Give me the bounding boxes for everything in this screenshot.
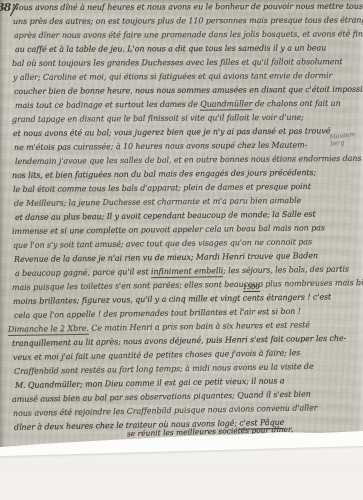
- handwriting-segment: de chalons ont fait un: [252, 99, 340, 109]
- handwriting-segment: ; les séjours, les bals, des partis: [223, 265, 349, 276]
- handwriting-segment: uns près des autres; on est toujours plu…: [13, 16, 363, 26]
- handwriting-lines: Nous avons dîné à neuf heures et nous av…: [0, 0, 363, 452]
- handwriting-line: moins brillantes; figurez vous, qu'il y …: [13, 292, 331, 306]
- handwriting-line: bal où sont toujours les grandes Duchess…: [12, 57, 343, 68]
- handwriting-segment: y aller; Caroline et moi, qui étions si …: [13, 71, 332, 82]
- handwriting-line: Dimanche le 2 Xbre. Ce matin Henri a pri…: [8, 320, 310, 334]
- handwriting-segment: Craffenbild sont restés au fort long tem…: [14, 362, 314, 376]
- handwriting-segment: que l'on s'y soit tant amusé; avec tout …: [13, 237, 312, 250]
- handwriting-line: mais puisque les toilettes s'en sont par…: [12, 278, 363, 292]
- underlined-word: infiniment embelli: [151, 266, 223, 277]
- handwriting-line: immense et si une complette on pouvoit a…: [12, 223, 325, 236]
- handwriting-segment: Ce matin Henri a pris son bain à six heu…: [89, 320, 310, 332]
- handwriting-line: a beaucoup gagné, parce qu'il est infini…: [15, 265, 349, 278]
- page-number: 38: [0, 1, 10, 14]
- handwriting-segment: bal où sont toujours les grandes Duchess…: [12, 57, 343, 68]
- handwriting-line: ne m'étois pas cuirassée; à 10 heures no…: [14, 140, 307, 152]
- handwriting-line: amusé aussi bien au bal par ses observat…: [12, 390, 311, 404]
- handwriting-segment: veux et moi j'ai fait une quantité de pe…: [13, 348, 300, 362]
- handwriting-segment: nous avons été rejoindre les Craffenbild…: [13, 403, 318, 418]
- handwriting-line: grand tapage en disant que le bal finiss…: [12, 113, 304, 124]
- handwriting-line: nos lits, et bien fatiguées non du bal m…: [12, 168, 316, 180]
- handwriting-segment: le bal étoit comme tous les bals d'appar…: [13, 182, 311, 194]
- handwriting-segment: cela que l'on appelle ! des promenades t…: [14, 307, 301, 320]
- handwriting-segment: mais tout ce badinage et surtout les dam…: [15, 100, 200, 110]
- handwriting-segment: et nous avons été au bal; vous jugerez b…: [13, 126, 330, 138]
- handwriting-line: le bal étoit comme tous les bals d'appar…: [13, 182, 311, 194]
- handwriting-line: que l'on s'y soit tant amusé; avec tout …: [13, 237, 312, 250]
- handwriting-line: mais tout ce badinage et surtout les dam…: [15, 99, 341, 110]
- handwriting-line: lendemain j'avoue que les salles de bal,…: [15, 154, 361, 166]
- handwriting-line: coucher bien de bonne heure, nous nous s…: [14, 85, 363, 96]
- handwriting-line: tranquillement au lit après; nous avons …: [12, 334, 346, 348]
- interlinear-insertion: 1500: [243, 283, 260, 292]
- handwriting-line: Nous avons dîné à neuf heures et nous av…: [12, 2, 363, 12]
- handwriting-segment: nos lits, et bien fatiguées non du bal m…: [12, 168, 316, 180]
- paper-sheet: Nous avons dîné à neuf heures et nous av…: [0, 0, 363, 452]
- handwriting-segment: tranquillement au lit après; nous avons …: [12, 334, 346, 348]
- handwriting-line: et danse au plus beau; Il y avoit cepend…: [15, 210, 316, 222]
- handwriting-line: cela que l'on appelle ! des promenades t…: [14, 307, 301, 320]
- handwriting-line: y aller; Caroline et moi, qui étions si …: [13, 71, 332, 82]
- handwriting-segment: de Meilleurs; la jeune Duchesse est char…: [14, 196, 301, 208]
- handwriting-segment: amusé aussi bien au bal par ses observat…: [12, 390, 311, 404]
- handwriting-segment: grand tapage en disant que le bal finiss…: [12, 113, 304, 124]
- handwriting-segment: lendemain j'avoue que les salles de bal,…: [15, 154, 361, 166]
- handwriting-segment: immense et si une complette on pouvoit a…: [12, 223, 325, 236]
- handwriting-line: de Meilleurs; la jeune Duchesse est char…: [14, 196, 301, 208]
- handwriting-line: veux et moi j'ai fait une quantité de pe…: [13, 348, 300, 362]
- handwriting-line: Revenue de la danse je n'ai rien vu de m…: [14, 251, 318, 264]
- underlined-word: Dimanche le 2 Xbre.: [8, 324, 89, 336]
- handwriting-segment: mais puisque les toilettes s'en sont par…: [12, 278, 363, 292]
- handwriting-line: après dîner nous avons été faire une pro…: [14, 29, 363, 40]
- handwriting-line: uns près des autres; on est toujours plu…: [13, 16, 363, 26]
- handwriting-segment: moins brillantes; figurez vous, qu'il y …: [13, 292, 331, 306]
- handwriting-line: et nous avons été au bal; vous jugerez b…: [13, 126, 330, 138]
- handwriting-line: nous avons été rejoindre les Craffenbild…: [13, 403, 318, 418]
- handwriting-segment: après dîner nous avons été faire une pro…: [14, 29, 363, 40]
- handwriting-segment: Revenue de la danse je n'ai rien vu de m…: [14, 251, 318, 264]
- handwriting-segment: ne m'étois pas cuirassée; à 10 heures no…: [14, 140, 307, 152]
- handwriting-segment: coucher bien de bonne heure, nous nous s…: [14, 85, 363, 96]
- handwriting-line: M. Quandmüller; mon Dieu comme il est ga…: [15, 376, 285, 390]
- underlined-word: Quandmüller: [200, 99, 252, 110]
- handwriting-segment: et danse au plus beau; Il y avoit cepend…: [15, 210, 316, 222]
- handwriting-segment: M. Quandmüller; mon Dieu comme il est ga…: [15, 376, 285, 390]
- letter-scan: Nous avons dîné à neuf heures et nous av…: [0, 0, 363, 500]
- handwriting-line: Craffenbild sont restés au fort long tem…: [14, 362, 314, 376]
- handwriting-segment: au caffé et à la table de jeu. L'on nous…: [15, 43, 326, 54]
- handwriting-line: au caffé et à la table de jeu. L'on nous…: [15, 43, 326, 54]
- handwriting-segment: Nous avons dîné à neuf heures et nous av…: [12, 2, 363, 12]
- handwriting-segment: a beaucoup gagné, parce qu'il est: [15, 267, 151, 278]
